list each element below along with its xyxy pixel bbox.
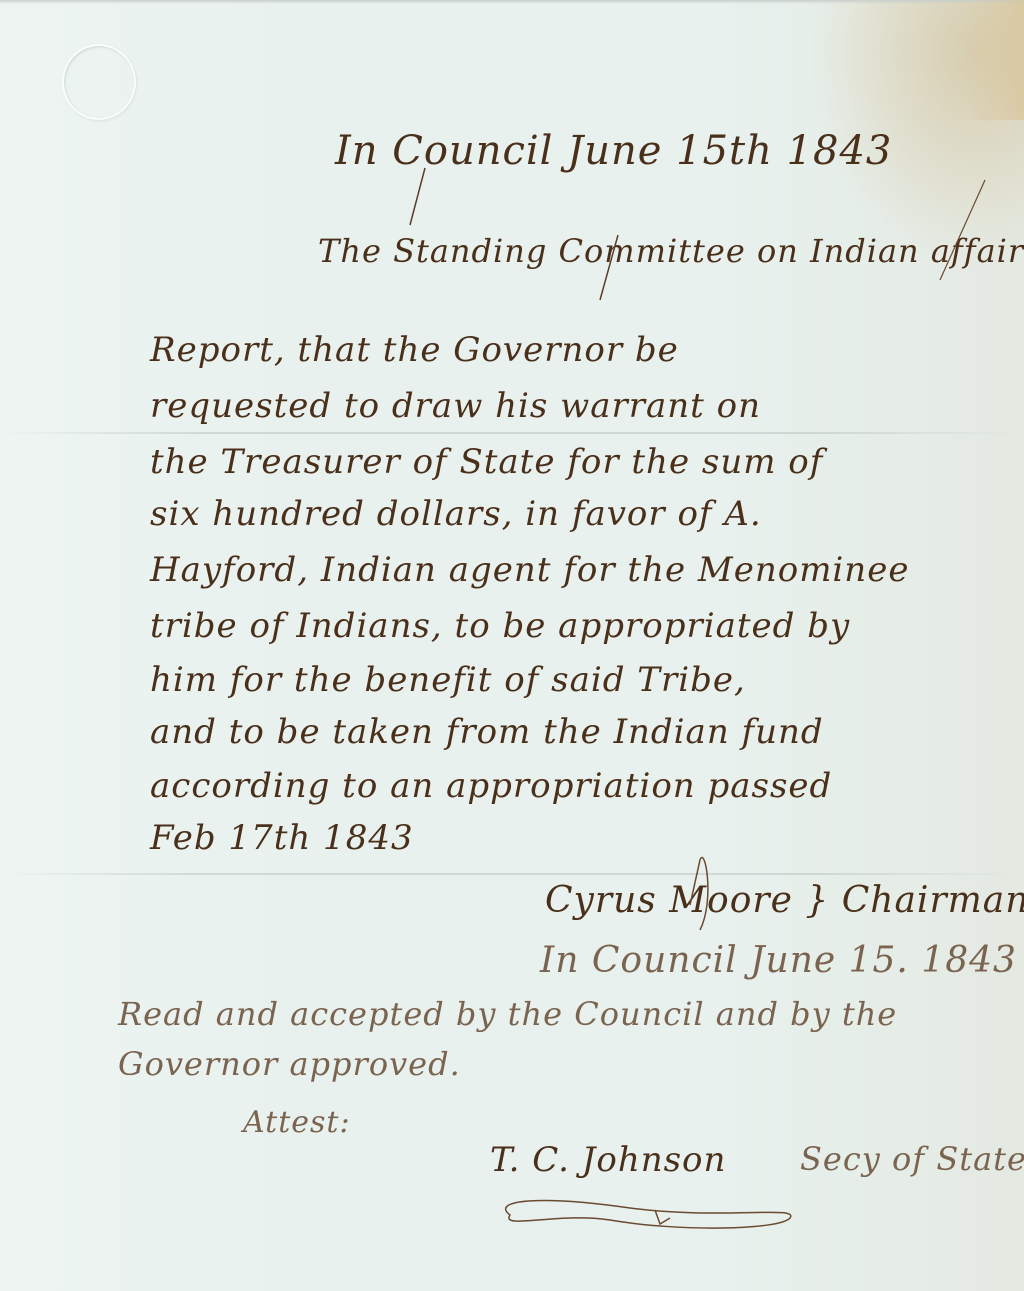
- body-line-date: Feb 17th 1843: [150, 818, 414, 858]
- endorsement-text-line: Governor approved.: [118, 1045, 461, 1083]
- brace-mark: }: [805, 880, 841, 921]
- secretary-title: Secy of State: [800, 1140, 1024, 1178]
- chairman-name: Cyrus Moore: [545, 880, 793, 921]
- endorsement-text-line: Read and accepted by the Council and by …: [118, 995, 897, 1033]
- fold-line: [0, 873, 1024, 875]
- body-line: according to an appropriation passed: [150, 766, 832, 806]
- body-line: and to be taken from the Indian fund: [150, 712, 824, 752]
- body-line: the Treasurer of State for the sum of: [150, 442, 823, 482]
- embossed-seal-icon: [62, 44, 136, 120]
- body-line: Report, that the Governor be: [150, 330, 679, 370]
- paper-top-edge: [0, 0, 1024, 4]
- signature-flourish-icon: [480, 1190, 810, 1235]
- chairman-signature: Cyrus Moore } Chairman: [545, 880, 1024, 921]
- fold-line: [0, 432, 1024, 434]
- document-page: In Council June 15th 1843 The Standing C…: [0, 0, 1024, 1291]
- body-line: Hayford, Indian agent for the Menominee: [150, 550, 909, 590]
- secretary-signature: T. C. Johnson: [490, 1140, 726, 1180]
- chairman-title: Chairman: [842, 880, 1024, 921]
- body-line: six hundred dollars, in favor of A.: [150, 494, 762, 534]
- committee-name-line: The Standing Committee on Indian affairs: [318, 232, 1024, 270]
- body-line: tribe of Indians, to be appropriated by: [150, 606, 850, 646]
- endorsement-date-line: In Council June 15. 1843: [540, 940, 1017, 981]
- body-line: requested to draw his warrant on: [150, 386, 761, 426]
- paper-stain: [964, 0, 1024, 120]
- attest-label: Attest:: [243, 1105, 351, 1140]
- header-date-line: In Council June 15th 1843: [335, 128, 892, 174]
- body-line: him for the benefit of said Tribe,: [150, 660, 746, 700]
